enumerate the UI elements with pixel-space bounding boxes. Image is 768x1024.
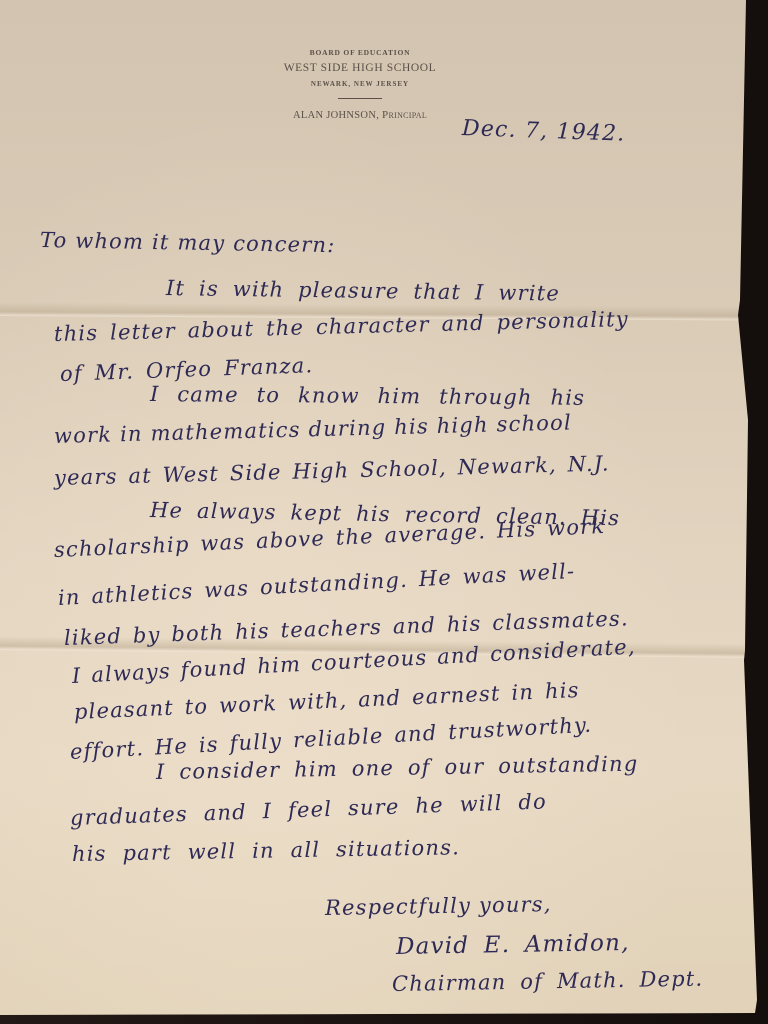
letter-body-line: years at West Side High School, Newark, … [54, 451, 610, 490]
signer-title: Chairman of Math. Dept. [392, 967, 704, 996]
letter-body-line: I consider him one of our outstanding [156, 752, 639, 784]
principal-name: ALAN JOHNSON, [293, 110, 382, 121]
letter-body-line: work in mathematics during his high scho… [54, 410, 572, 448]
letter-body-line: of Mr. Orfeo Franza. [60, 353, 314, 386]
letter-closing: Respectfully yours, [325, 892, 552, 920]
letter-body-line: in athletics was outstanding. He was wel… [57, 559, 575, 610]
photo-background: BOARD OF EDUCATION WEST SIDE HIGH SCHOOL… [0, 0, 768, 1024]
letterhead-board: BOARD OF EDUCATION [250, 48, 470, 57]
letterhead-principal: ALAN JOHNSON, Principal [250, 109, 470, 121]
letterhead-school: WEST SIDE HIGH SCHOOL [250, 62, 470, 74]
letter-body-line: I came to know him through his [150, 382, 585, 410]
letter-date: Dec. 7, 1942. [462, 116, 626, 147]
letterhead-city: NEWARK, NEW JERSEY [250, 80, 470, 88]
letter-paper: BOARD OF EDUCATION WEST SIDE HIGH SCHOOL… [0, 0, 768, 1024]
letter-body-line: It is with pleasure that I write [166, 276, 560, 305]
letter-body-line: his part well in all situations. [72, 835, 460, 866]
letter-body-line: graduates and I feel sure he will do [70, 789, 548, 830]
letterhead: BOARD OF EDUCATION WEST SIDE HIGH SCHOOL… [250, 48, 470, 121]
letterhead-divider [338, 98, 382, 99]
letter-salutation: To whom it may concern: [40, 228, 336, 257]
letter-signature: David E. Amidon, [396, 930, 630, 960]
principal-title: Principal [382, 109, 427, 121]
letter-body-line: this letter about the character and pers… [54, 307, 629, 346]
